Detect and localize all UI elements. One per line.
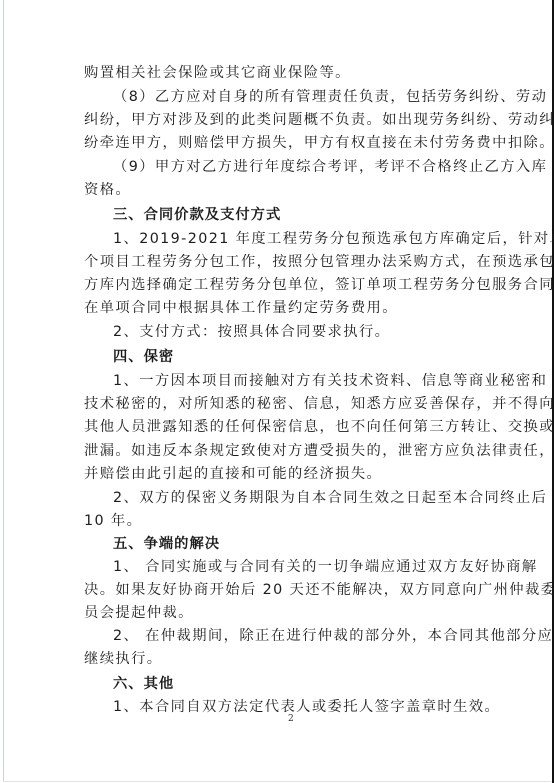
section-heading-other: 六、其他 [113, 675, 503, 693]
body-line: 继续执行。 [84, 650, 474, 668]
clause-8-line: （8）乙方应对自身的所有管理责任负责，包括劳务纠纷、劳动 [113, 88, 503, 106]
clause-line: 2、支付方式：按照具体合同要求执行。 [113, 323, 503, 341]
section-heading-disputes: 五、争端的解决 [113, 535, 503, 553]
body-line: 方库内选择确定工程劳务分包单位，签订单项工程劳务分包服务合同， [84, 276, 474, 294]
clause-9-line: （9）甲方对乙方进行年度综合考评，考评不合格终止乙方入库 [113, 158, 503, 176]
section-heading-confidentiality: 四、保密 [113, 348, 503, 366]
clause-line: 1、 合同实施或与合同有关的一切争端应通过双方友好协商解 [113, 558, 503, 576]
clause-line: 1、本合同自双方法定代表人或委托人签字盖章时生效。 [113, 698, 503, 716]
body-line: 泄漏。如违反本条规定致使对方遭受损失的，泄密方应负法律责任， [84, 442, 474, 460]
page-left-edge [3, 0, 4, 781]
body-line: 并赔偿由此引起的直接和可能的经济损失。 [84, 465, 474, 483]
clause-line: 2、 在仲裁期间，除正在进行仲裁的部分外，本合同其他部分应 [113, 627, 503, 645]
body-line: 纠纷，甲方对涉及到的此类问题概不负责。如出现劳务纠纷、劳动纠 [84, 111, 474, 129]
clause-line: 1、2019-2021 年度工程劳务分包预选承包方库确定后，针对单 [113, 230, 503, 248]
body-line: 技术秘密的，对所知悉的秘密、信息，知悉方应妥善保存，并不得向 [84, 395, 474, 413]
page-number: 2 [288, 714, 294, 724]
body-line: 购置相关社会保险或其它商业保险等。 [84, 64, 474, 82]
body-line: 在单项合同中根据具体工作量约定劳务费用。 [84, 299, 474, 317]
page-bottom-edge [3, 781, 551, 782]
section-heading-price-payment: 三、合同价款及支付方式 [113, 206, 503, 224]
body-line: 10 年。 [84, 512, 474, 530]
body-line: 纷牵连甲方，则赔偿甲方损失，甲方有权直接在未付劳务费中扣除。 [84, 134, 474, 152]
body-line: 决。如果友好协商开始后 20 天还不能解决，双方同意向广州仲裁委 [84, 581, 474, 599]
clause-line: 1、一方因本项目而接触对方有关技术资料、信息等商业秘密和 [113, 372, 503, 390]
body-line: 其他人员泄露知悉的任何保密信息，也不向任何第三方转让、交换或 [84, 418, 474, 436]
document-page: 购置相关社会保险或其它商业保险等。 （8）乙方应对自身的所有管理责任负责，包括劳… [0, 0, 554, 783]
clause-line: 2、双方的保密义务期限为自本合同生效之日起至本合同终止后 [113, 489, 503, 507]
body-line: 个项目工程劳务分包工作，按照分包管理办法采购方式，在预选承包 [84, 253, 474, 271]
body-line: 员会提起仲裁。 [84, 604, 474, 622]
body-line: 资格。 [84, 181, 474, 199]
